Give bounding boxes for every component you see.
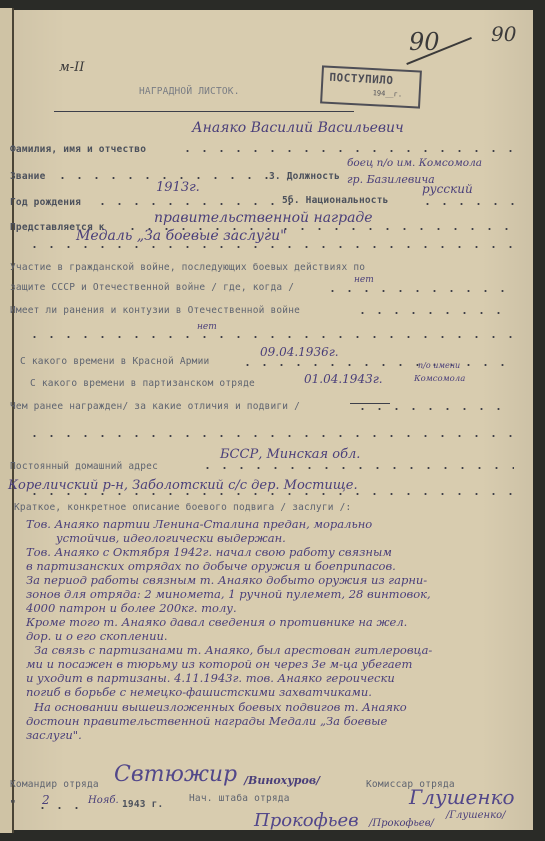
dotted-line <box>354 312 514 314</box>
description-line: За связь с партизанами т. Анаяко, был ар… <box>34 643 432 657</box>
description-line: За период работы связным т. Анаяко добыт… <box>26 573 427 587</box>
dotted-line <box>419 203 514 205</box>
nationality-label: 5б. Национальность <box>282 195 389 206</box>
dotted-line <box>94 203 294 205</box>
description-line: На основании вышеизложенных боевых подви… <box>34 700 407 714</box>
description-line: зонов для отряда: 2 миномета, 1 ручной п… <box>26 587 431 601</box>
description-line: Кроме того т. Анаяко давал сведения о пр… <box>26 615 407 629</box>
dotted-line <box>239 364 514 366</box>
commissar-signature: Глушенко <box>409 785 515 809</box>
wounds-value: нет <box>197 322 217 332</box>
partisan-label: С какого времени в партизанском отряде <box>30 378 255 389</box>
corner-mark: м-II <box>59 60 84 75</box>
dotted-line <box>34 807 82 809</box>
description-line: и уходит в партизаны. 4.11.1943г. тов. А… <box>26 671 395 685</box>
wounds-label: Имеет ли ранения и контузии в Отечествен… <box>10 305 300 316</box>
document-title: НАГРАДНОЙ ЛИСТОК. <box>139 86 240 97</box>
award-sheet-page: 90 90 м-II НАГРАДНОЙ ЛИСТОК. ПОСТУПИЛО 1… <box>14 10 533 830</box>
name-label: Фамилия, имя и отчество <box>10 144 146 155</box>
red-army-value: 09.04.1936г. <box>260 345 339 359</box>
dotted-line <box>26 493 514 495</box>
dotted-line <box>26 435 514 437</box>
description-line: Тов. Анаяко с Октября 1942г. начал свою … <box>26 545 392 559</box>
title-underline <box>54 111 354 112</box>
description-label: Краткое, конкретное описание боевого под… <box>14 502 351 513</box>
description-line: погиб в борьбе с немецко-фашистскими зах… <box>26 685 372 699</box>
description-line: Тов. Анаяко партии Ленина-Сталина предан… <box>26 517 372 531</box>
stamp-label: ПОСТУПИЛО <box>329 71 394 87</box>
red-army-label: С какого времени в Красной Армии <box>20 356 209 367</box>
name-value: Анаяко Василий Васильевич <box>192 120 404 136</box>
description-line: ми и посажен в тюрьму из которой он чере… <box>26 657 412 671</box>
commander-label: Командир отряда <box>10 779 99 790</box>
date-day: 2 <box>42 793 50 807</box>
stamp-year: 194__г. <box>372 89 402 99</box>
partisan-unit-2: Комсомола <box>414 374 465 384</box>
prior-awards-dash <box>350 403 390 404</box>
dotted-line <box>199 467 514 469</box>
description-line: достоин правительственной награды Медали… <box>26 714 387 728</box>
chief-of-staff-label: Нач. штаба отряда <box>189 793 290 804</box>
dotted-line <box>26 336 514 338</box>
date-prefix: " <box>10 799 16 810</box>
dotted-line <box>354 408 514 410</box>
dotted-line <box>179 150 514 152</box>
nationality-value: русский <box>422 182 473 196</box>
position-label: 3. Должность <box>269 171 340 182</box>
date-year: 1943 г. <box>122 799 163 810</box>
description-line: заслуги". <box>26 728 82 742</box>
dotted-line <box>54 177 269 179</box>
address-value-2: Кореличский р-н, Заболотский с/с дер. Мо… <box>8 478 358 493</box>
address-value-1: БССР, Минская обл. <box>220 447 360 462</box>
address-label: Постоянный домашний адрес <box>10 461 158 472</box>
position-value-1: боец п/о им. Комсомола <box>347 157 482 169</box>
adjacent-page-edge <box>0 8 14 833</box>
dotted-line <box>26 246 514 248</box>
civil-war-label-1: Участие в гражданской войне, последующих… <box>10 262 365 273</box>
dotted-line <box>324 290 514 292</box>
chief-of-staff-name: /Прокофьев/ <box>369 818 434 829</box>
commander-signature: Свтюжир <box>114 762 237 787</box>
chief-of-staff-signature: Прокофьев <box>254 810 359 831</box>
received-stamp: ПОСТУПИЛО 194__г. <box>320 65 422 108</box>
partisan-value: 01.04.1943г. <box>304 372 383 386</box>
description-line: устойчив, идеологически выдержан. <box>56 531 286 545</box>
award-value: Медаль „За боевые заслуги" <box>76 228 287 244</box>
nominated-value: правительственной награде <box>154 210 373 226</box>
date-month: Нояб. <box>88 795 119 806</box>
page-number: 90 <box>491 22 516 46</box>
civil-war-label-2: защите СССР и Отечественной войне / где,… <box>10 282 294 293</box>
commander-name: /Винохуров/ <box>244 774 320 787</box>
birth-value: 1913г. <box>156 180 200 195</box>
partisan-unit-1: п/о имени <box>418 361 460 370</box>
commissar-name: /Глушенко/ <box>446 810 506 821</box>
prior-awards-label: Чем ранее награжден/ за какие отличия и … <box>10 401 300 412</box>
description-line: дор. и о его скоплении. <box>26 629 168 643</box>
civil-war-value: нет <box>354 275 374 285</box>
rank-label: Звание <box>10 171 46 182</box>
description-line: 4000 патрон и более 200кг. толу. <box>26 601 237 615</box>
birth-label: Год рождения <box>10 197 81 208</box>
description-line: в партизанских отрядах по добыче оружия … <box>26 559 396 573</box>
